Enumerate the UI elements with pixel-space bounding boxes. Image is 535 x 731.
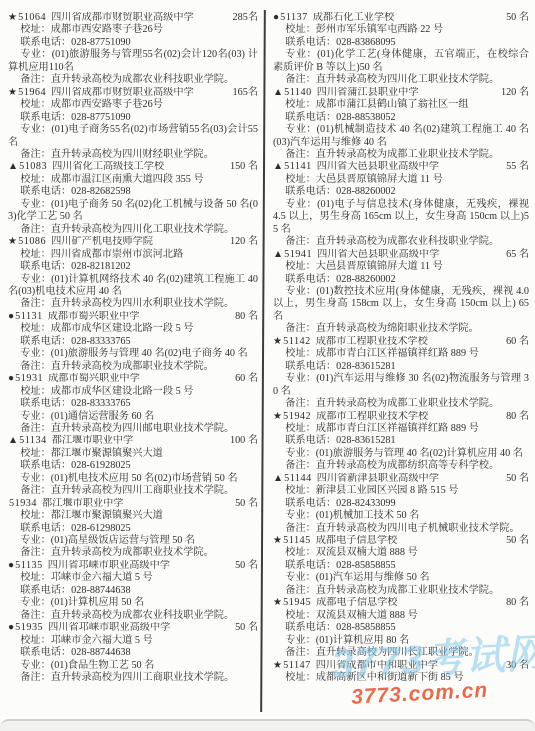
entry-title: ★51147四川省成都市中和职业中学 bbox=[273, 660, 438, 672]
entry-detail-line: 校址：成都市成华区建设北路一段 5 号 bbox=[8, 386, 258, 398]
school-code: 51135 bbox=[15, 560, 43, 571]
entry-detail-line: 专业：(01)高星级饭店运营与管理 50 名 bbox=[8, 535, 258, 547]
entry-detail-line: 专业：(01)汽车运用与维修 30 名(02)物流服务与管理 30 名 bbox=[273, 373, 529, 398]
school-entry: ●51135四川省邛崃市职业高级中学50 名校址：邛崃市金六福大道 5 号联系电… bbox=[8, 560, 258, 622]
school-name: 四川省新津县职业高级中学 bbox=[317, 473, 439, 484]
school-name: 四川省成都市财贸职业高级中学 bbox=[51, 12, 194, 23]
column-left: ★51064四川省成都市财贸职业高级中学285名校址：成都市西安路枣子巷26号联… bbox=[8, 12, 258, 684]
school-code: 51941 bbox=[284, 249, 312, 260]
entry-title: ●51137成都石化工业学校 bbox=[273, 12, 394, 24]
entry-detail-line: 校址：成都市青白江区祥福镇祥红路 889 号 bbox=[273, 423, 529, 435]
entry-marker-icon: ● bbox=[8, 560, 14, 571]
entry-detail-line: 联系电话：028-88538052 bbox=[273, 112, 529, 124]
school-code: 51145 bbox=[283, 535, 311, 546]
entry-detail-line: 校址：成都市西安路枣子巷26号 bbox=[8, 99, 258, 111]
entry-header: ●51135四川省邛崃市职业高级中学50 名 bbox=[8, 560, 258, 572]
school-entry: ★51942成都市工程职业技术学校80 名校址：成都市青白江区祥福镇祥红路 88… bbox=[273, 411, 529, 473]
entry-marker-icon: ★ bbox=[8, 236, 17, 247]
entry-detail-line: 备注：直升转录高校为四川水利职业技术学院。 bbox=[8, 298, 258, 310]
entry-detail-line: 专业：(01)机械加工技术 50 名 bbox=[273, 510, 529, 522]
school-name: 四川省蒲江县职业中学 bbox=[317, 87, 419, 98]
entry-title: ★51145成都电子信息学校 bbox=[273, 535, 397, 547]
entry-marker-icon: ★ bbox=[273, 411, 282, 422]
entry-detail-line: 联系电话：028-88744638 bbox=[8, 647, 258, 659]
school-code: 51147 bbox=[283, 660, 311, 671]
school-name: 四川省成都市财贸职业高级中学 bbox=[51, 87, 194, 98]
entry-detail-line: 联系电话：028-83868095 bbox=[273, 37, 529, 49]
entry-header: ★51942成都市工程职业技术学校80 名 bbox=[273, 411, 529, 423]
entry-detail-line: 专业：(01)汽车运用与维修 50 名 bbox=[273, 572, 529, 584]
enrollment-count: 150 名 bbox=[226, 161, 258, 173]
school-code: 51064 bbox=[18, 12, 46, 23]
school-name: 成都市蜀兴职业中学 bbox=[48, 311, 140, 322]
school-entry: ★51964四川省成都市财贸职业高级中学165名校址：成都市西安路枣子巷26号联… bbox=[8, 87, 258, 162]
school-entry: ★51086四川矿产机电技师学院120 名校址：四川省成都市崇州市滨河北路联系电… bbox=[8, 236, 258, 311]
school-name: 成都电子信息学校 bbox=[316, 597, 398, 608]
entry-header: ●51931成都市蜀兴职业中学60 名 bbox=[8, 373, 258, 385]
entry-header: 51934都江堰市职业中学50 名 bbox=[8, 498, 258, 510]
school-name: 成都市工程职业技术学校 bbox=[316, 411, 428, 422]
entry-title: ★51964四川省成都市财贸职业高级中学 bbox=[8, 87, 194, 99]
entry-marker-icon: ▲ bbox=[273, 87, 283, 98]
entry-detail-line: 专业：(01)电子商务 50 名(02)化工机械与设备 50 名(03)化学工艺… bbox=[8, 199, 258, 224]
school-entry: 51934都江堰市职业中学50 名校址：都江堰市聚源镇聚兴大道联系电话：028-… bbox=[8, 498, 258, 560]
entry-header: ●51137成都石化工业学校50 名 bbox=[273, 12, 529, 24]
entry-detail-line: 联系电话：028-88260002 bbox=[273, 274, 529, 286]
entry-header: ★51145成都电子信息学校50 名 bbox=[273, 535, 529, 547]
enrollment-count: 80 名 bbox=[502, 597, 529, 609]
entry-detail-line: 备注：直升转录高校为成都农业科技职业学院。 bbox=[8, 74, 258, 86]
entry-header: ★51142成都市工程职业技术学校60 名 bbox=[273, 336, 529, 348]
entry-detail-line: 专业：(01)食品生物工艺 50 名 bbox=[8, 660, 258, 672]
entry-marker-icon: ★ bbox=[273, 535, 282, 546]
school-code: 51945 bbox=[283, 597, 311, 608]
entry-marker-icon: ● bbox=[8, 373, 14, 384]
entry-detail-line: 备注：直升转录高校为四川化工职业技术学院。 bbox=[8, 224, 258, 236]
entry-detail-line: 备注：直升转录高校为四川工商职业技术学院。 bbox=[8, 672, 258, 684]
entry-header: ★51064四川省成都市财贸职业高级中学285名 bbox=[8, 12, 258, 24]
enrollment-count: 50 名 bbox=[502, 12, 529, 24]
school-code: 51935 bbox=[15, 622, 43, 633]
school-code: 51964 bbox=[18, 87, 46, 98]
entry-detail-line: 联系电话：028-82682598 bbox=[8, 186, 258, 198]
entry-header: ▲51140四川省蒲江县职业中学120 名 bbox=[273, 87, 529, 99]
entry-marker-icon: ▲ bbox=[273, 161, 283, 172]
school-code: 51942 bbox=[283, 411, 311, 422]
entry-marker-icon: ★ bbox=[273, 660, 282, 671]
enrollment-count: 60 名 bbox=[502, 336, 529, 348]
entry-title: ★51086四川矿产机电技师学院 bbox=[8, 236, 153, 248]
entry-detail-line: 备注：直升转录高校为四川工商职业技术学院。 bbox=[8, 485, 258, 497]
school-code: 51141 bbox=[284, 161, 312, 172]
entry-detail-line: 备注：直升转录高校为绵阳职业技术学院。 bbox=[273, 323, 529, 335]
entry-title: ★51064四川省成都市财贸职业高级中学 bbox=[8, 12, 194, 24]
entry-detail-line: 联系电话：028-87751090 bbox=[8, 37, 258, 49]
entry-detail-line: 校址：新津县工业园区兴园 8 路 515 号 bbox=[273, 485, 529, 497]
entry-marker-icon: ● bbox=[8, 622, 14, 633]
entry-header: ●51935四川省邛崃市职业高级中学50 名 bbox=[8, 622, 258, 634]
school-code: 51083 bbox=[19, 161, 47, 172]
entry-header: ★51945成都电子信息学校80 名 bbox=[273, 597, 529, 609]
school-entry: ★51147四川省成都市中和职业中学30 名校址：成都高新区中和街道新下街 85… bbox=[273, 660, 529, 685]
school-code: 51131 bbox=[15, 311, 43, 322]
entry-title: ▲51941四川省大邑县职业高级中学 bbox=[273, 249, 439, 261]
entry-detail-line: 校址：成都市青白江区祥福镇祥红路 889 号 bbox=[273, 348, 529, 360]
entry-detail-line: 联系电话：028-61298025 bbox=[8, 523, 258, 535]
school-entry: ▲51134都江堰市职业中学100 名校址：都江堰市聚源镇聚兴大道联系电话：02… bbox=[8, 435, 258, 497]
entry-detail-line: 联系电话：028-88744638 bbox=[8, 585, 258, 597]
enrollment-count: 50 名 bbox=[502, 473, 529, 485]
school-code: 51144 bbox=[284, 473, 312, 484]
school-name: 都江堰市职业中学 bbox=[52, 435, 134, 446]
school-code: 51086 bbox=[18, 236, 46, 247]
entry-detail-line: 校址：彭州市军乐镇军屯西路 22 号 bbox=[273, 24, 529, 36]
school-entry: ★51145成都电子信息学校50 名校址：双流县双楠大道 888 号联系电话：0… bbox=[273, 535, 529, 597]
entry-detail-line: 联系电话：028-83615281 bbox=[273, 435, 529, 447]
school-name: 四川省大邑县职业高级中学 bbox=[317, 249, 439, 260]
entry-detail-line: 校址：双流县双楠大道 888 号 bbox=[273, 547, 529, 559]
entry-title: ●51135四川省邛崃市职业高级中学 bbox=[8, 560, 170, 572]
school-entry: ●51935四川省邛崃市职业高级中学50 名校址：邛崃市金六福大道 5 号联系电… bbox=[8, 622, 258, 684]
enrollment-count: 55 名 bbox=[502, 161, 529, 173]
school-code: 51934 bbox=[9, 498, 37, 509]
entry-detail-line: 专业：(01)计算机网络技术 40 名(02)建筑工程施工 40 名(03)机电… bbox=[8, 274, 258, 299]
school-entry: ●51137成都石化工业学校50 名校址：彭州市军乐镇军屯西路 22 号联系电话… bbox=[273, 12, 529, 87]
entry-header: ★51147四川省成都市中和职业中学30 名 bbox=[273, 660, 529, 672]
page-bottom-edge bbox=[0, 719, 535, 731]
entry-detail-line: 专业：(01)计算机应用 50 名 bbox=[8, 597, 258, 609]
entry-detail-line: 校址：成都市西安路枣子巷26号 bbox=[8, 24, 258, 36]
entry-detail-line: 联系电话：028-83333765 bbox=[8, 336, 258, 348]
entry-detail-line: 专业：(01)数控技术应用(身体健康，无残疾，裸视 4.0 以上，男生身高 15… bbox=[273, 286, 529, 323]
enrollment-count: 285名 bbox=[229, 12, 258, 24]
enrollment-count: 30 名 bbox=[502, 660, 529, 672]
entry-detail-line: 联系电话：028-85858855 bbox=[273, 622, 529, 634]
entry-detail-line: 专业：(01)通信运营服务 60 名 bbox=[8, 411, 258, 423]
entry-header: ▲51134都江堰市职业中学100 名 bbox=[8, 435, 258, 447]
entry-header: ▲51144四川省新津县职业高级中学50 名 bbox=[273, 473, 529, 485]
entry-detail-line: 联系电话：028-83333765 bbox=[8, 398, 258, 410]
entry-header: ▲51141四川省大邑县职业高级中学55 名 bbox=[273, 161, 529, 173]
entry-detail-line: 备注：直升转录高校为成都职业技术学院。 bbox=[8, 547, 258, 559]
scanned-document-page: ★51064四川省成都市财贸职业高级中学285名校址：成都市西安路枣子巷26号联… bbox=[0, 0, 535, 731]
entry-detail-line: 专业：(01)电子与信息技术(身体健康，无残疾，裸视 4.5 以上，男生身高 1… bbox=[273, 199, 529, 236]
school-name: 成都石化工业学校 bbox=[313, 12, 395, 23]
entry-detail-line: 专业：(01)机电技术应用 50 名(02)市场营销 50 名 bbox=[8, 473, 258, 485]
entry-detail-line: 专业：(01)旅游服务与管理 40 名(02)电子商务 40 名 bbox=[8, 348, 258, 360]
school-entry: ★51064四川省成都市财贸职业高级中学285名校址：成都市西安路枣子巷26号联… bbox=[8, 12, 258, 87]
entry-detail-line: 专业：(01)电子商务55名(02)市场营销55名(03)会计55名 bbox=[8, 124, 258, 149]
entry-marker-icon: ★ bbox=[8, 87, 17, 98]
entry-detail-line: 校址：双流县双楠大道 888 号 bbox=[273, 610, 529, 622]
entry-detail-line: 备注：直升转录高校为四川电子机械职业技术学院。 bbox=[273, 523, 529, 535]
entry-detail-line: 备注：直升转录高校为四川长江职业学院。 bbox=[273, 647, 529, 659]
entry-header: ★51086四川矿产机电技师学院120 名 bbox=[8, 236, 258, 248]
entry-marker-icon: ● bbox=[273, 12, 279, 23]
enrollment-count: 50 名 bbox=[502, 535, 529, 547]
entry-detail-line: 联系电话：028-61928025 bbox=[8, 460, 258, 472]
school-name: 四川省化工高级技工学校 bbox=[52, 161, 164, 172]
school-entry: ▲51941四川省大邑县职业高级中学65 名校址：大邑县晋原镇锦屏大道 11 号… bbox=[273, 249, 529, 336]
entry-detail-line: 校址：大邑县晋原镇锦屏大道 11 号 bbox=[273, 261, 529, 273]
entry-detail-line: 备注：直升转录高校为成都工业职业技术学院。 bbox=[273, 149, 529, 161]
entry-detail-line: 联系电话：028-82181202 bbox=[8, 261, 258, 273]
school-entry: ●51931成都市蜀兴职业中学60 名校址：成都市成华区建设北路一段 5 号联系… bbox=[8, 373, 258, 435]
entry-title: ★51942成都市工程职业技术学校 bbox=[273, 411, 428, 423]
school-entry: ▲51141四川省大邑县职业高级中学55 名校址：大邑县晋原镇锦屏大道 11 号… bbox=[273, 161, 529, 248]
enrollment-count: 50 名 bbox=[231, 622, 258, 634]
school-name: 四川省大邑县职业高级中学 bbox=[317, 161, 439, 172]
entry-detail-line: 校址：四川省成都市崇州市滨河北路 bbox=[8, 249, 258, 261]
school-name: 成都市蜀兴职业中学 bbox=[48, 373, 140, 384]
school-code: 51931 bbox=[15, 373, 43, 384]
entry-title: ▲51141四川省大邑县职业高级中学 bbox=[273, 161, 439, 173]
entry-detail-line: 专业：(01)旅游服务与管理 40 名(02)计算机应用 40 名 bbox=[273, 448, 529, 460]
entry-detail-line: 校址：大邑县晋原镇锦屏大道 11 号 bbox=[273, 174, 529, 186]
entry-detail-line: 备注：直升转录高校为四川财经职业学院。 bbox=[8, 149, 258, 161]
entry-detail-line: 备注：直升转录高校为成都农业科技职业学院。 bbox=[8, 610, 258, 622]
enrollment-count: 60 名 bbox=[231, 373, 258, 385]
entry-header: ▲51941四川省大邑县职业高级中学65 名 bbox=[273, 249, 529, 261]
school-name: 都江堰市职业中学 bbox=[42, 498, 124, 509]
school-name: 成都市工程职业技术学校 bbox=[316, 336, 428, 347]
enrollment-count: 50 名 bbox=[231, 498, 258, 510]
entry-title: ▲51083四川省化工高级技工学校 bbox=[8, 161, 164, 173]
entry-marker-icon: ▲ bbox=[273, 249, 283, 260]
entry-title: ★51945成都电子信息学校 bbox=[273, 597, 398, 609]
school-entry: ▲51144四川省新津县职业高级中学50 名校址：新津县工业园区兴园 8 路 5… bbox=[273, 473, 529, 535]
entry-header: ●51131成都市蜀兴职业中学80 名 bbox=[8, 311, 258, 323]
school-entry: ▲51083四川省化工高级技工学校150 名校址：成都市温江区南熏大道四段 35… bbox=[8, 161, 258, 236]
entry-marker-icon: ▲ bbox=[8, 161, 18, 172]
entry-detail-line: 联系电话：028-88260002 bbox=[273, 186, 529, 198]
entry-title: ▲51144四川省新津县职业高级中学 bbox=[273, 473, 439, 485]
school-name: 成都电子信息学校 bbox=[316, 535, 398, 546]
entry-detail-line: 校址：邛崃市金六福大道 5 号 bbox=[8, 635, 258, 647]
entry-detail-line: 联系电话：028-83615281 bbox=[273, 361, 529, 373]
entry-detail-line: 备注：直升转录高校为四川邮电职业技术学院。 bbox=[8, 423, 258, 435]
school-code: 51137 bbox=[280, 12, 308, 23]
entry-title: ●51935四川省邛崃市职业高级中学 bbox=[8, 622, 170, 634]
enrollment-count: 50 名 bbox=[231, 560, 258, 572]
column-right: ●51137成都石化工业学校50 名校址：彭州市军乐镇军屯西路 22 号联系电话… bbox=[273, 12, 529, 684]
entry-title: 51934都江堰市职业中学 bbox=[8, 498, 123, 510]
enrollment-count: 100 名 bbox=[226, 435, 258, 447]
entry-detail-line: 联系电话：028-85858855 bbox=[273, 560, 529, 572]
entry-detail-line: 备注：直升转录高校为成都农业科技职业学院。 bbox=[273, 236, 529, 248]
entry-detail-line: 备注：直升转录高校为成都职业技术学院。 bbox=[8, 361, 258, 373]
enrollment-count: 80 名 bbox=[231, 311, 258, 323]
enrollment-count: 120 名 bbox=[497, 87, 529, 99]
school-entry: ★51142成都市工程职业技术学校60 名校址：成都市青白江区祥福镇祥红路 88… bbox=[273, 336, 529, 411]
enrollment-count: 65 名 bbox=[502, 249, 529, 261]
school-name: 四川省邛崃市职业高级中学 bbox=[48, 622, 170, 633]
school-code: 51142 bbox=[283, 336, 311, 347]
enrollment-count: 80 名 bbox=[502, 411, 529, 423]
entry-detail-line: 专业：(01)化学工艺(身体健康，五官端正，在校综合素质评价 B 等以上)50 … bbox=[273, 49, 529, 74]
school-code: 51134 bbox=[19, 435, 47, 446]
entry-marker-icon: ★ bbox=[273, 336, 282, 347]
entry-detail-line: 校址：成都高新区中和街道新下街 85 号 bbox=[273, 672, 529, 684]
school-entry: ★51945成都电子信息学校80 名校址：双流县双楠大道 888 号联系电话：0… bbox=[273, 597, 529, 659]
entry-detail-line: 备注：直升转录高校为成都工业职业技术学院。 bbox=[273, 585, 529, 597]
entry-header: ▲51083四川省化工高级技工学校150 名 bbox=[8, 161, 258, 173]
entry-title: ▲51134都江堰市职业中学 bbox=[8, 435, 133, 447]
entry-detail-line: 专业：(01)计算机应用 80 名 bbox=[273, 635, 529, 647]
entry-detail-line: 备注：直升转录高校为四川化工职业技术学院。 bbox=[273, 74, 529, 86]
enrollment-count: 165名 bbox=[229, 87, 258, 99]
entry-marker-icon: ▲ bbox=[8, 435, 18, 446]
entry-marker-icon: ★ bbox=[8, 12, 17, 23]
entry-title: ●51131成都市蜀兴职业中学 bbox=[8, 311, 139, 323]
school-name: 四川省邛崃市职业高级中学 bbox=[48, 560, 170, 571]
school-entry: ●51131成都市蜀兴职业中学80 名校址：成都市成华区建设北路一段 5 号联系… bbox=[8, 311, 258, 373]
school-entry: ▲51140四川省蒲江县职业中学120 名校址：成都市蒲江县鹤山镇了翁社区一组联… bbox=[273, 87, 529, 162]
entry-detail-line: 联系电话：028-82433099 bbox=[273, 498, 529, 510]
school-code: 51140 bbox=[284, 87, 312, 98]
entry-detail-line: 校址：成都市成华区建设北路一段 5 号 bbox=[8, 323, 258, 335]
entry-title: ▲51140四川省蒲江县职业中学 bbox=[273, 87, 419, 99]
entry-detail-line: 联系电话：028-87751090 bbox=[8, 112, 258, 124]
entry-title: ●51931成都市蜀兴职业中学 bbox=[8, 373, 140, 385]
entry-detail-line: 备注：直升转录高校为成都纺织高等专科学校。 bbox=[273, 460, 529, 472]
entry-marker-icon: ● bbox=[8, 311, 14, 322]
entry-detail-line: 专业：(01)旅游服务与管理55名(02)会计120名(03) 计算机应用110… bbox=[8, 49, 258, 74]
entry-detail-line: 校址：成都市蒲江县鹤山镇了翁社区一组 bbox=[273, 99, 529, 111]
entry-marker-icon: ▲ bbox=[273, 473, 283, 484]
entry-detail-line: 校址：成都市温江区南熏大道四段 355 号 bbox=[8, 174, 258, 186]
enrollment-count: 120 名 bbox=[226, 236, 258, 248]
entry-detail-line: 专业：(01)机械制造技术 40 名(02)建筑工程施工 40 名(03)汽车运… bbox=[273, 124, 529, 149]
column-divider-line bbox=[260, 10, 266, 712]
school-name: 四川省成都市中和职业中学 bbox=[316, 660, 438, 671]
school-name: 四川矿产机电技师学院 bbox=[51, 236, 153, 247]
entry-title: ★51142成都市工程职业技术学校 bbox=[273, 336, 428, 348]
entry-detail-line: 备注：直升转录高校为成都工业职业技术学院。 bbox=[273, 398, 529, 410]
entry-marker-icon: ★ bbox=[273, 597, 282, 608]
entry-header: ★51964四川省成都市财贸职业高级中学165名 bbox=[8, 87, 258, 99]
entry-detail-line: 校址：邛崃市金六福大道 5 号 bbox=[8, 572, 258, 584]
entry-detail-line: 校址：都江堰市聚源镇聚兴大道 bbox=[8, 510, 258, 522]
entry-detail-line: 校址：都江堰市聚源镇聚兴大道 bbox=[8, 448, 258, 460]
